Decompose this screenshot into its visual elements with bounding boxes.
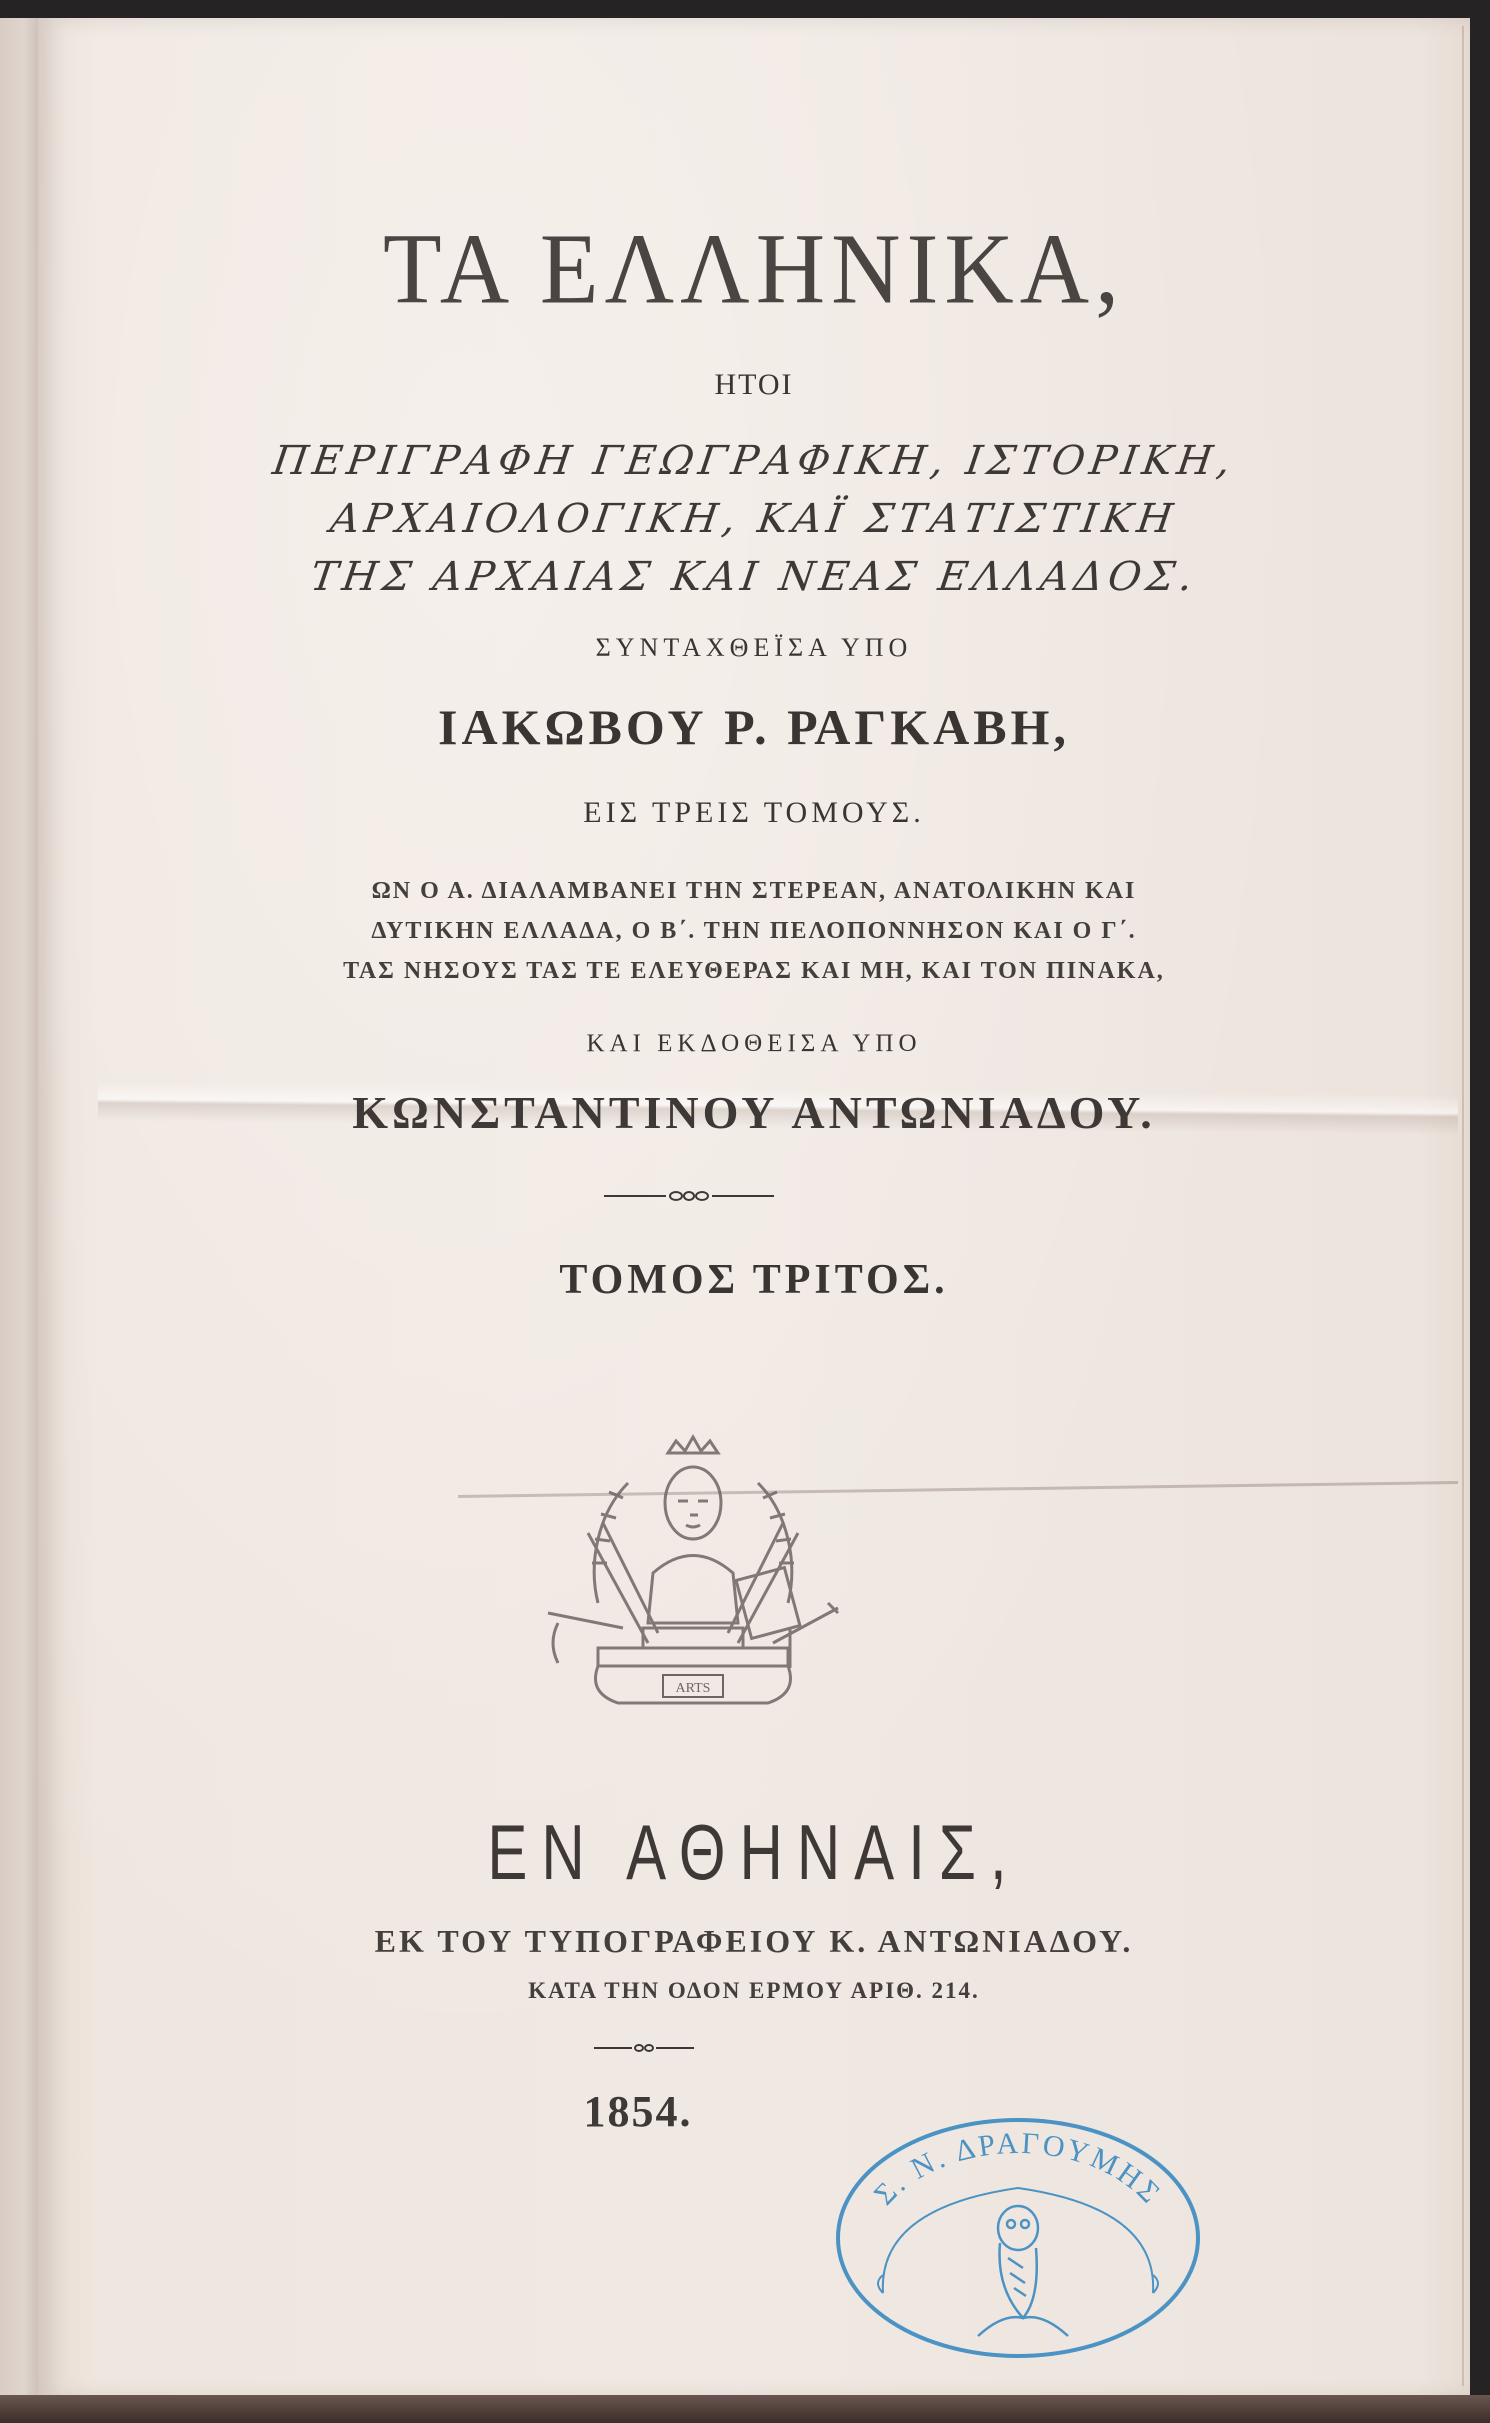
subtitle-line: ΑΡΧΑΙΟΛΟΓΙΚΗ, ΚΑΪ ΣΤΑΤΙΣΤΙΚΗ [35,496,1473,542]
subtitle-line: ΤΗΣ ΑΡΧΑΙΑΣ ΚΑΙ ΝΕΑΣ ΕΛΛΑΔΟΣ. [35,554,1473,600]
book-title: ΤΑ ΕΛΛΗΝΙΚΑ, [38,210,1470,327]
contents-description-line: ΔΥΤΙΚΗΝ ΕΛΛΑΔΑ, Ο Β΄. ΤΗΝ ΠΕΛΟΠΟΝΝΗΣΟΝ Κ… [38,918,1470,945]
volume-number: ΤΟΜΟΣ ΤΡΙΤΟΣ. [38,1256,1470,1304]
scan-border-bottom [0,2395,1490,2423]
author-name: ΙΑΚΩΒΟΥ Ρ. ΡΑΓΚΑΒΗ, [38,698,1470,756]
printers-device-bust-icon: ARTS [528,1423,858,1723]
ornamental-rule-icon [604,1190,774,1202]
owner-stamp-text: Σ. Ν. ΔΡΑΓΟΥΜΗΣ [868,2127,1168,2212]
imprint-address: ΚΑΤΑ ΤΗΝ ΟΔΟΝ ΕΡΜΟΥ ΑΡΙΘ. 214. [38,1978,1470,2004]
compiled-by-label: ΣΥΝΤΑΧΘΕΪΣΑ ΥΠΟ [38,633,1470,663]
title-connector: ΗΤΟΙ [38,368,1470,402]
volumes-statement: ΕΙΣ ΤΡΕΙΣ ΤΟΜΟΥΣ. [38,796,1470,830]
imprint-year: 1854. [538,2086,738,2137]
contents-description-line: ΤΑΣ ΝΗΣΟΥΣ ΤΑΣ ΤΕ ΕΛΕΥΘΕΡΑΣ ΚΑΙ ΜΗ, ΚΑΙ … [38,958,1470,985]
editor-name: ΚΩΝΣΤΑΝΤΙΝΟΥ ΑΝΤΩΝΙΑΔΟΥ. [38,1086,1470,1139]
owl-icon [978,2206,1068,2336]
scan-border-right [1470,0,1490,2423]
imprint-place: ΕΝ ΑΘΗΝΑΙΣ, [38,1808,1470,1898]
contents-description-line: ΩΝ Ο Α. ΔΙΑΛΑΜΒΑΝΕΙ ΤΗΝ ΣΤΕΡΕΑΝ, ΑΝΑΤΟΛΙ… [38,878,1470,905]
published-by-label: ΚΑΙ ΕΚΔΟΘΕΙΣΑ ΥΠΟ [38,1030,1470,1058]
title-page: ΤΑ ΕΛΛΗΝΙΚΑ, ΗΤΟΙ ΠΕΡΙΓΡΑΦΗ ΓΕΩΓΡΑΦΙΚΗ, … [38,18,1470,2398]
imprint-printer: ΕΚ ΤΟΥ ΤΥΠΟΓΡΑΦΕΙΟΥ Κ. ΑΝΤΩΝΙΑΔΟΥ. [38,1923,1470,1960]
owner-stamp: Σ. Ν. ΔΡΑΓΟΥΜΗΣ [828,2108,1208,2368]
scan-border-top [0,0,1490,18]
svg-text:Σ. Ν. ΔΡΑΓΟΥΜΗΣ: Σ. Ν. ΔΡΑΓΟΥΜΗΣ [868,2127,1168,2212]
facing-page-gutter [0,18,40,2398]
ornamental-rule-icon [594,2043,694,2053]
vignette-cartouche-text: ARTS [676,1681,711,1696]
subtitle-line: ΠΕΡΙΓΡΑΦΗ ΓΕΩΓΡΑΦΙΚΗ, ΙΣΤΟΡΙΚΗ, [35,438,1473,484]
